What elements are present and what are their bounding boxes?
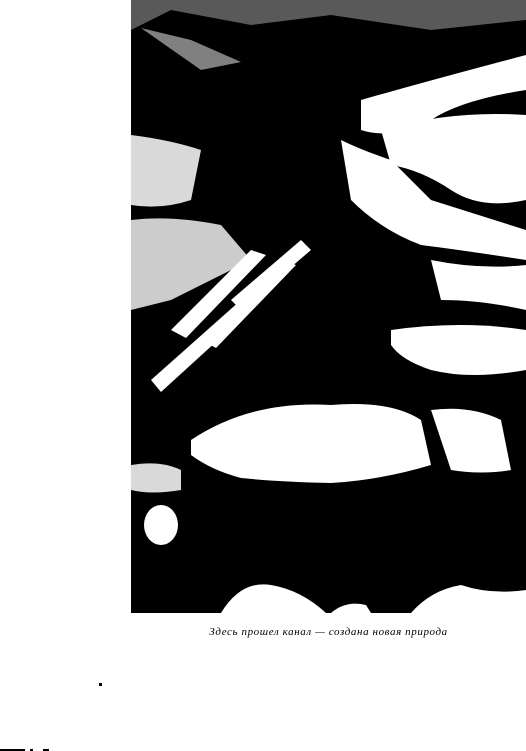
canal-photograph: [131, 0, 526, 613]
photo-image: [131, 0, 526, 613]
print-speck: [99, 683, 102, 686]
photo-caption: Здесь прошел канал — создана новая приро…: [131, 626, 526, 638]
